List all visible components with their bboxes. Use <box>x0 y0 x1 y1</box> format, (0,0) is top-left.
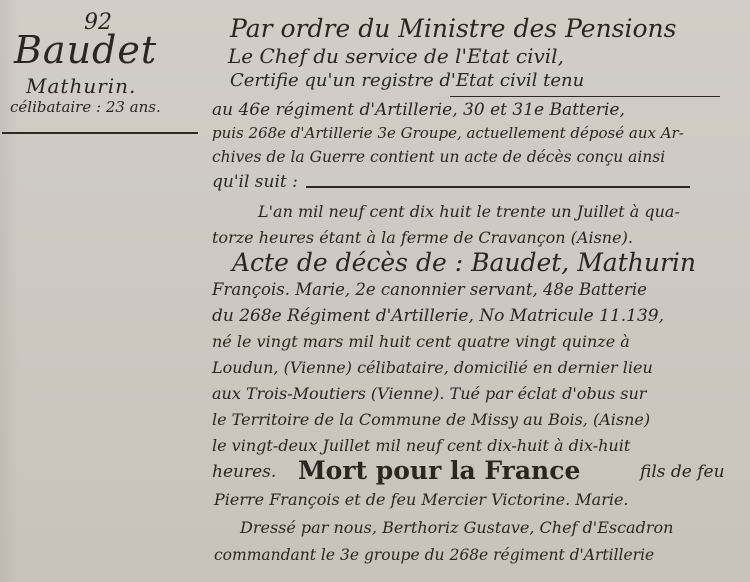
line-14: Loudun, (Vienne) célibataire, domicilié … <box>212 358 653 377</box>
line-18-end: fils de feu <box>640 462 725 482</box>
line-18: heures. <box>212 462 276 482</box>
margin-divider <box>2 132 198 134</box>
margin-given-name: Mathurin. <box>26 74 136 98</box>
line-6: chives de la Guerre contient un acte de … <box>212 148 665 166</box>
line-13: né le vingt mars mil huit cent quatre vi… <box>212 332 630 351</box>
line-10-heading: Acte de décès de : Baudet, Mathurin <box>232 248 696 277</box>
line-2: Le Chef du service de l'Etat civil, <box>228 44 564 68</box>
line-15: aux Trois-Moutiers (Vienne). Tué par écl… <box>212 384 646 403</box>
line-8: L'an mil neuf cent dix huit le trente un… <box>258 202 680 221</box>
line-7: qu'il suit : <box>212 172 298 192</box>
margin-surname: Baudet <box>14 28 157 72</box>
line-3: Certifie qu'un registre d'Etat civil ten… <box>230 70 584 91</box>
line-7-filler-rule <box>306 186 690 188</box>
mort-pour-la-france-mention: Mort pour la France <box>298 456 580 485</box>
line-11: François. Marie, 2e canonnier servant, 4… <box>212 280 647 299</box>
document-page: 92 Baudet Mathurin. célibataire : 23 ans… <box>0 0 750 582</box>
line-4: au 46e régiment d'Artillerie, 30 et 31e … <box>212 100 625 120</box>
line-19: Pierre François et de feu Mercier Victor… <box>214 490 629 509</box>
line-3-underline <box>450 96 720 97</box>
line-12: du 268e Régiment d'Artillerie, No Matric… <box>212 306 664 326</box>
line-17: le vingt-deux Juillet mil neuf cent dix-… <box>212 436 630 455</box>
line-1: Par ordre du Ministre des Pensions <box>230 14 676 43</box>
line-5: puis 268e d'Artillerie 3e Groupe, actuel… <box>212 124 684 142</box>
margin-marital-status-age: célibataire : 23 ans. <box>10 98 161 116</box>
line-9: torze heures étant à la ferme de Cravanç… <box>212 228 633 247</box>
line-21: commandant le 3e groupe du 268e régiment… <box>214 546 654 564</box>
line-20: Dressé par nous, Berthoriz Gustave, Chef… <box>240 518 673 537</box>
line-16: le Territoire de la Commune de Missy au … <box>212 410 650 429</box>
